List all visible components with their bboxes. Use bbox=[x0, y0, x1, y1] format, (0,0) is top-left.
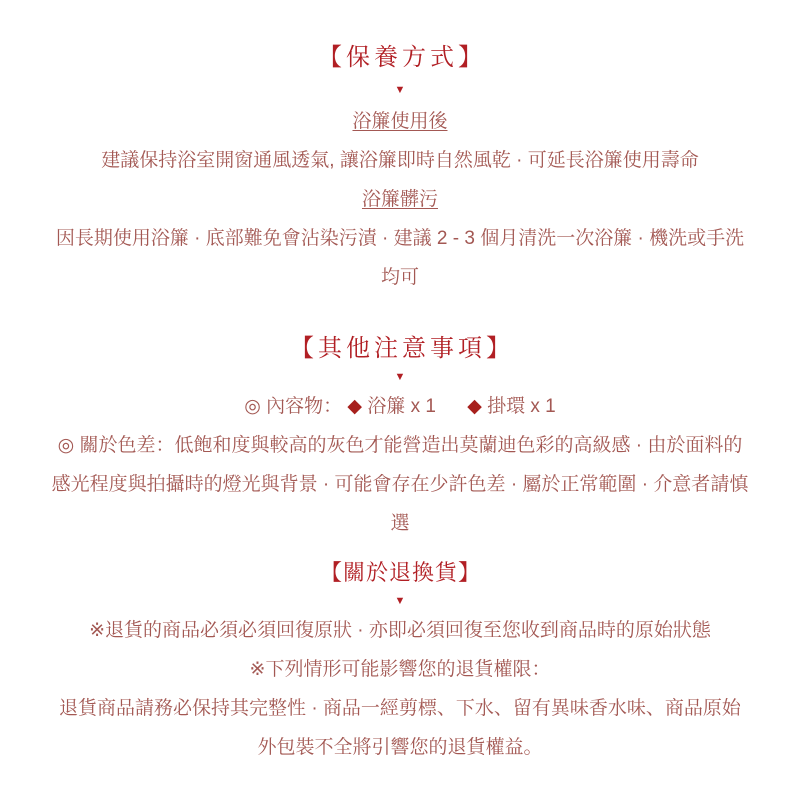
care-usage-subheading: 浴簾使用後 bbox=[50, 102, 750, 141]
color-difference-note: ◎ 關於色差：低飽和度與較高的灰色才能營造出莫蘭迪色彩的高級感 · 由於面料的感… bbox=[50, 426, 750, 543]
returns-policy-line1: ※退貨的商品必須必須回復原狀 · 亦即必須回復至您收到商品時的原始狀態 bbox=[50, 611, 750, 650]
care-dirty-subheading: 浴簾髒污 bbox=[50, 180, 750, 219]
down-triangle-icon: ▼ bbox=[50, 84, 750, 96]
care-dirty-subheading-text: 浴簾髒污 bbox=[362, 189, 438, 210]
returns-section-body: ※退貨的商品必須必須回復原狀 · 亦即必須回復至您收到商品時的原始狀態 ※下列情… bbox=[50, 611, 750, 767]
notes-section-body: ◎ 內容物： ◆ 浴簾 x 1 ◆ 掛環 x 1 ◎ 關於色差：低飽和度與較高的… bbox=[50, 387, 750, 543]
returns-section-title: 【關於退換貨】 bbox=[50, 557, 750, 589]
care-usage-text: 建議保持浴室開窗通風透氣, 讓浴簾即時自然風乾 · 可延長浴簾使用壽命 bbox=[50, 141, 750, 180]
contents-item-rings: ◆ 掛環 x 1 bbox=[467, 396, 556, 417]
care-dirty-text: 因長期使用浴簾 · 底部難免會沾染污漬 · 建議 2 - 3 個月清洗一次浴簾 … bbox=[50, 219, 750, 297]
section-care: 【保養方式】 ▼ 浴簾使用後 建議保持浴室開窗通風透氣, 讓浴簾即時自然風乾 ·… bbox=[50, 42, 750, 297]
care-section-title: 【保養方式】 bbox=[50, 42, 750, 74]
contents-item-curtain: ◆ 浴簾 x 1 bbox=[347, 396, 436, 417]
product-description-canvas: 【保養方式】 ▼ 浴簾使用後 建議保持浴室開窗通風透氣, 讓浴簾即時自然風乾 ·… bbox=[0, 0, 800, 800]
circle-marker-icon: ◎ bbox=[244, 396, 261, 417]
care-usage-subheading-text: 浴簾使用後 bbox=[352, 111, 447, 132]
package-contents-line: ◎ 內容物： ◆ 浴簾 x 1 ◆ 掛環 x 1 bbox=[50, 387, 750, 426]
section-returns-policy: 【關於退換貨】 ▼ ※退貨的商品必須必須回復原狀 · 亦即必須回復至您收到商品時… bbox=[50, 557, 750, 767]
package-contents-label: 內容物： bbox=[266, 396, 342, 417]
diamond-icon: ◆ bbox=[347, 396, 362, 417]
section-other-notes: 【其他注意事項】 ▼ ◎ 內容物： ◆ 浴簾 x 1 ◆ 掛環 x 1 ◎ 關於… bbox=[50, 333, 750, 543]
down-triangle-icon: ▼ bbox=[50, 371, 750, 383]
contents-item-rings-text: 掛環 x 1 bbox=[487, 396, 556, 417]
returns-policy-line3: 退貨商品請務必保持其完整性 · 商品一經剪標、下水、留有異味香水味、商品原始外包… bbox=[50, 689, 750, 767]
down-triangle-icon: ▼ bbox=[50, 595, 750, 607]
contents-item-curtain-text: 浴簾 x 1 bbox=[367, 396, 436, 417]
care-section-body: 浴簾使用後 建議保持浴室開窗通風透氣, 讓浴簾即時自然風乾 · 可延長浴簾使用壽… bbox=[50, 102, 750, 297]
product-care-page: 【保養方式】 ▼ 浴簾使用後 建議保持浴室開窗通風透氣, 讓浴簾即時自然風乾 ·… bbox=[50, 0, 750, 767]
diamond-icon: ◆ bbox=[467, 396, 482, 417]
notes-section-title: 【其他注意事項】 bbox=[50, 333, 750, 365]
returns-policy-line2: ※下列情形可能影響您的退貨權限： bbox=[50, 650, 750, 689]
